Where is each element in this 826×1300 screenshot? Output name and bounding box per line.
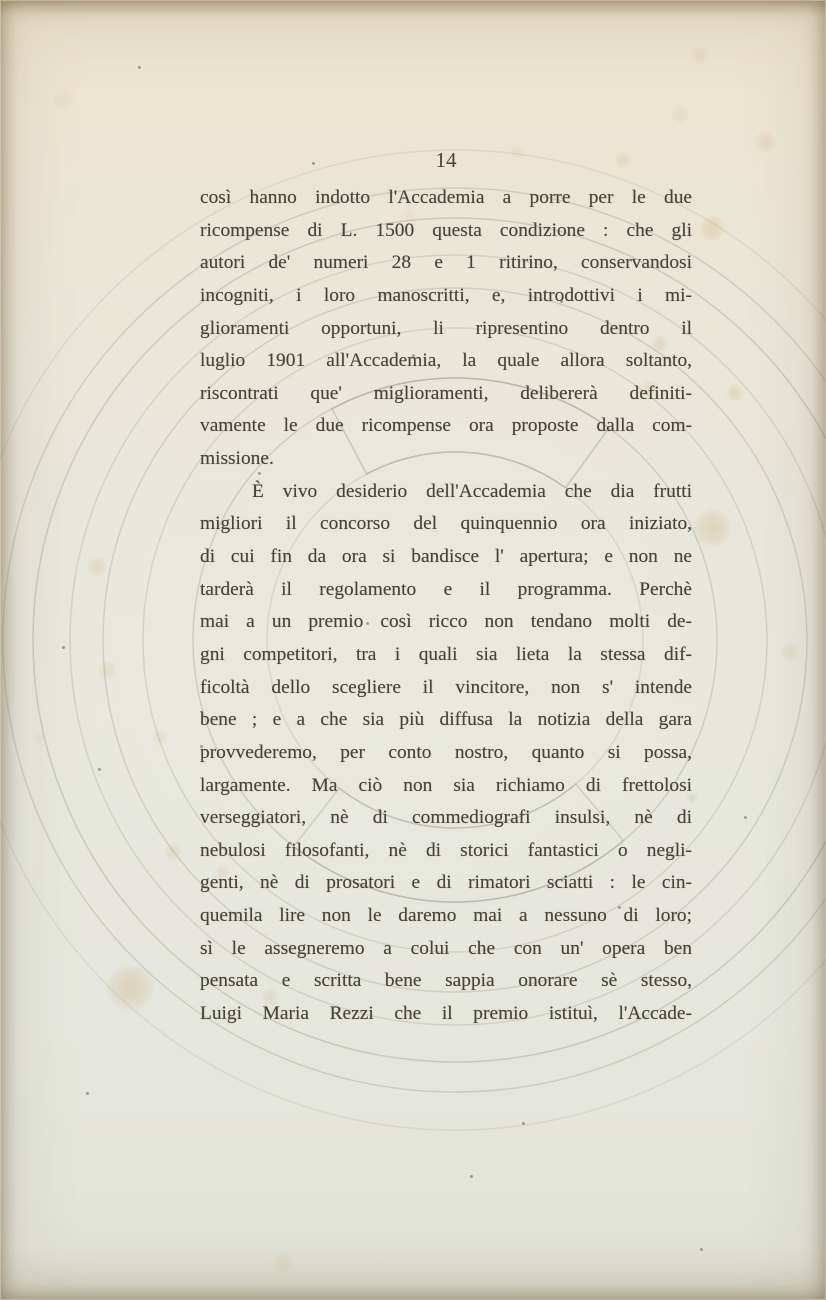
text-line: di cui fin da ora si bandisce l' apertur… xyxy=(200,541,692,574)
foxing-stain xyxy=(87,557,107,577)
text-line: autori de' numeri 28 e 1 ritirino, conse… xyxy=(200,247,692,280)
text-line: glioramenti opportuni, li ripresentino d… xyxy=(200,313,692,346)
paper-speck xyxy=(700,1248,703,1251)
paper-speck xyxy=(86,1092,89,1095)
paper-speck xyxy=(138,66,141,69)
text-line: quemila lire non le daremo mai a nessuno… xyxy=(200,900,692,933)
page-number: 14 xyxy=(200,150,692,171)
paper-speck xyxy=(470,1175,473,1178)
foxing-stain xyxy=(726,384,744,402)
text-line: vamente le due ricompense ora proposte d… xyxy=(200,410,692,443)
foxing-stain xyxy=(692,508,732,548)
text-line: riscontrati que' miglioramenti, delibere… xyxy=(200,378,692,411)
text-line: sì le assegneremo a colui che con un' op… xyxy=(200,933,692,966)
text-line: genti, nè di prosatori e di rimatori sci… xyxy=(200,867,692,900)
text-line: bene ; e a che sia più diffusa la notizi… xyxy=(200,704,692,737)
text-line: migliori il concorso del quinquennio ora… xyxy=(200,508,692,541)
text-line: È vivo desiderio dell'Accademia che dia … xyxy=(200,476,692,509)
paper-speck xyxy=(744,816,747,819)
text-line: pensata e scritta bene sappia onorare sè… xyxy=(200,965,692,998)
foxing-stain xyxy=(671,106,689,124)
text-line: provvederemo, per conto nostro, quanto s… xyxy=(200,737,692,770)
paper-speck xyxy=(62,646,65,649)
foxing-stain xyxy=(754,131,776,153)
foxing-stain xyxy=(34,732,46,744)
paper-speck xyxy=(98,768,101,771)
text-line: nebulosi filosofanti, nè di storici fant… xyxy=(200,835,692,868)
foxing-stain xyxy=(152,729,168,745)
text-line: mai a un premio così ricco non tendano m… xyxy=(200,606,692,639)
foxing-stain xyxy=(272,1252,294,1274)
foxing-stain xyxy=(781,643,799,661)
text-line: Luigi Maria Rezzi che il premio istituì,… xyxy=(200,998,692,1031)
text-line: così hanno indotto l'Accademia a porre p… xyxy=(200,182,692,215)
paper-speck xyxy=(522,1122,525,1125)
foxing-stain xyxy=(106,964,154,1012)
body-text: così hanno indotto l'Accademia a porre p… xyxy=(200,182,692,1031)
text-line: missione. xyxy=(200,443,692,476)
foxing-stain xyxy=(52,89,74,111)
text-line: incogniti, i loro manoscritti, e, introd… xyxy=(200,280,692,313)
foxing-stain xyxy=(98,661,116,679)
foxing-stain xyxy=(691,46,709,64)
text-line: gni competitori, tra i quali sia lieta l… xyxy=(200,639,692,672)
text-line: largamente. Ma ciò non sia richiamo di f… xyxy=(200,770,692,803)
text-line: tarderà il regolamento e il programma. P… xyxy=(200,574,692,607)
foxing-stain xyxy=(164,843,182,861)
text-line: ficoltà dello scegliere il vincitore, no… xyxy=(200,672,692,705)
foxing-stain xyxy=(699,215,725,241)
text-line: verseggiatori, nè di commediografi insul… xyxy=(200,802,692,835)
scanned-page: 14 così hanno indotto l'Accademia a porr… xyxy=(0,0,826,1300)
text-line: luglio 1901 all'Accademia, la quale allo… xyxy=(200,345,692,378)
text-line: ricompense di L. 1500 questa condizione … xyxy=(200,215,692,248)
